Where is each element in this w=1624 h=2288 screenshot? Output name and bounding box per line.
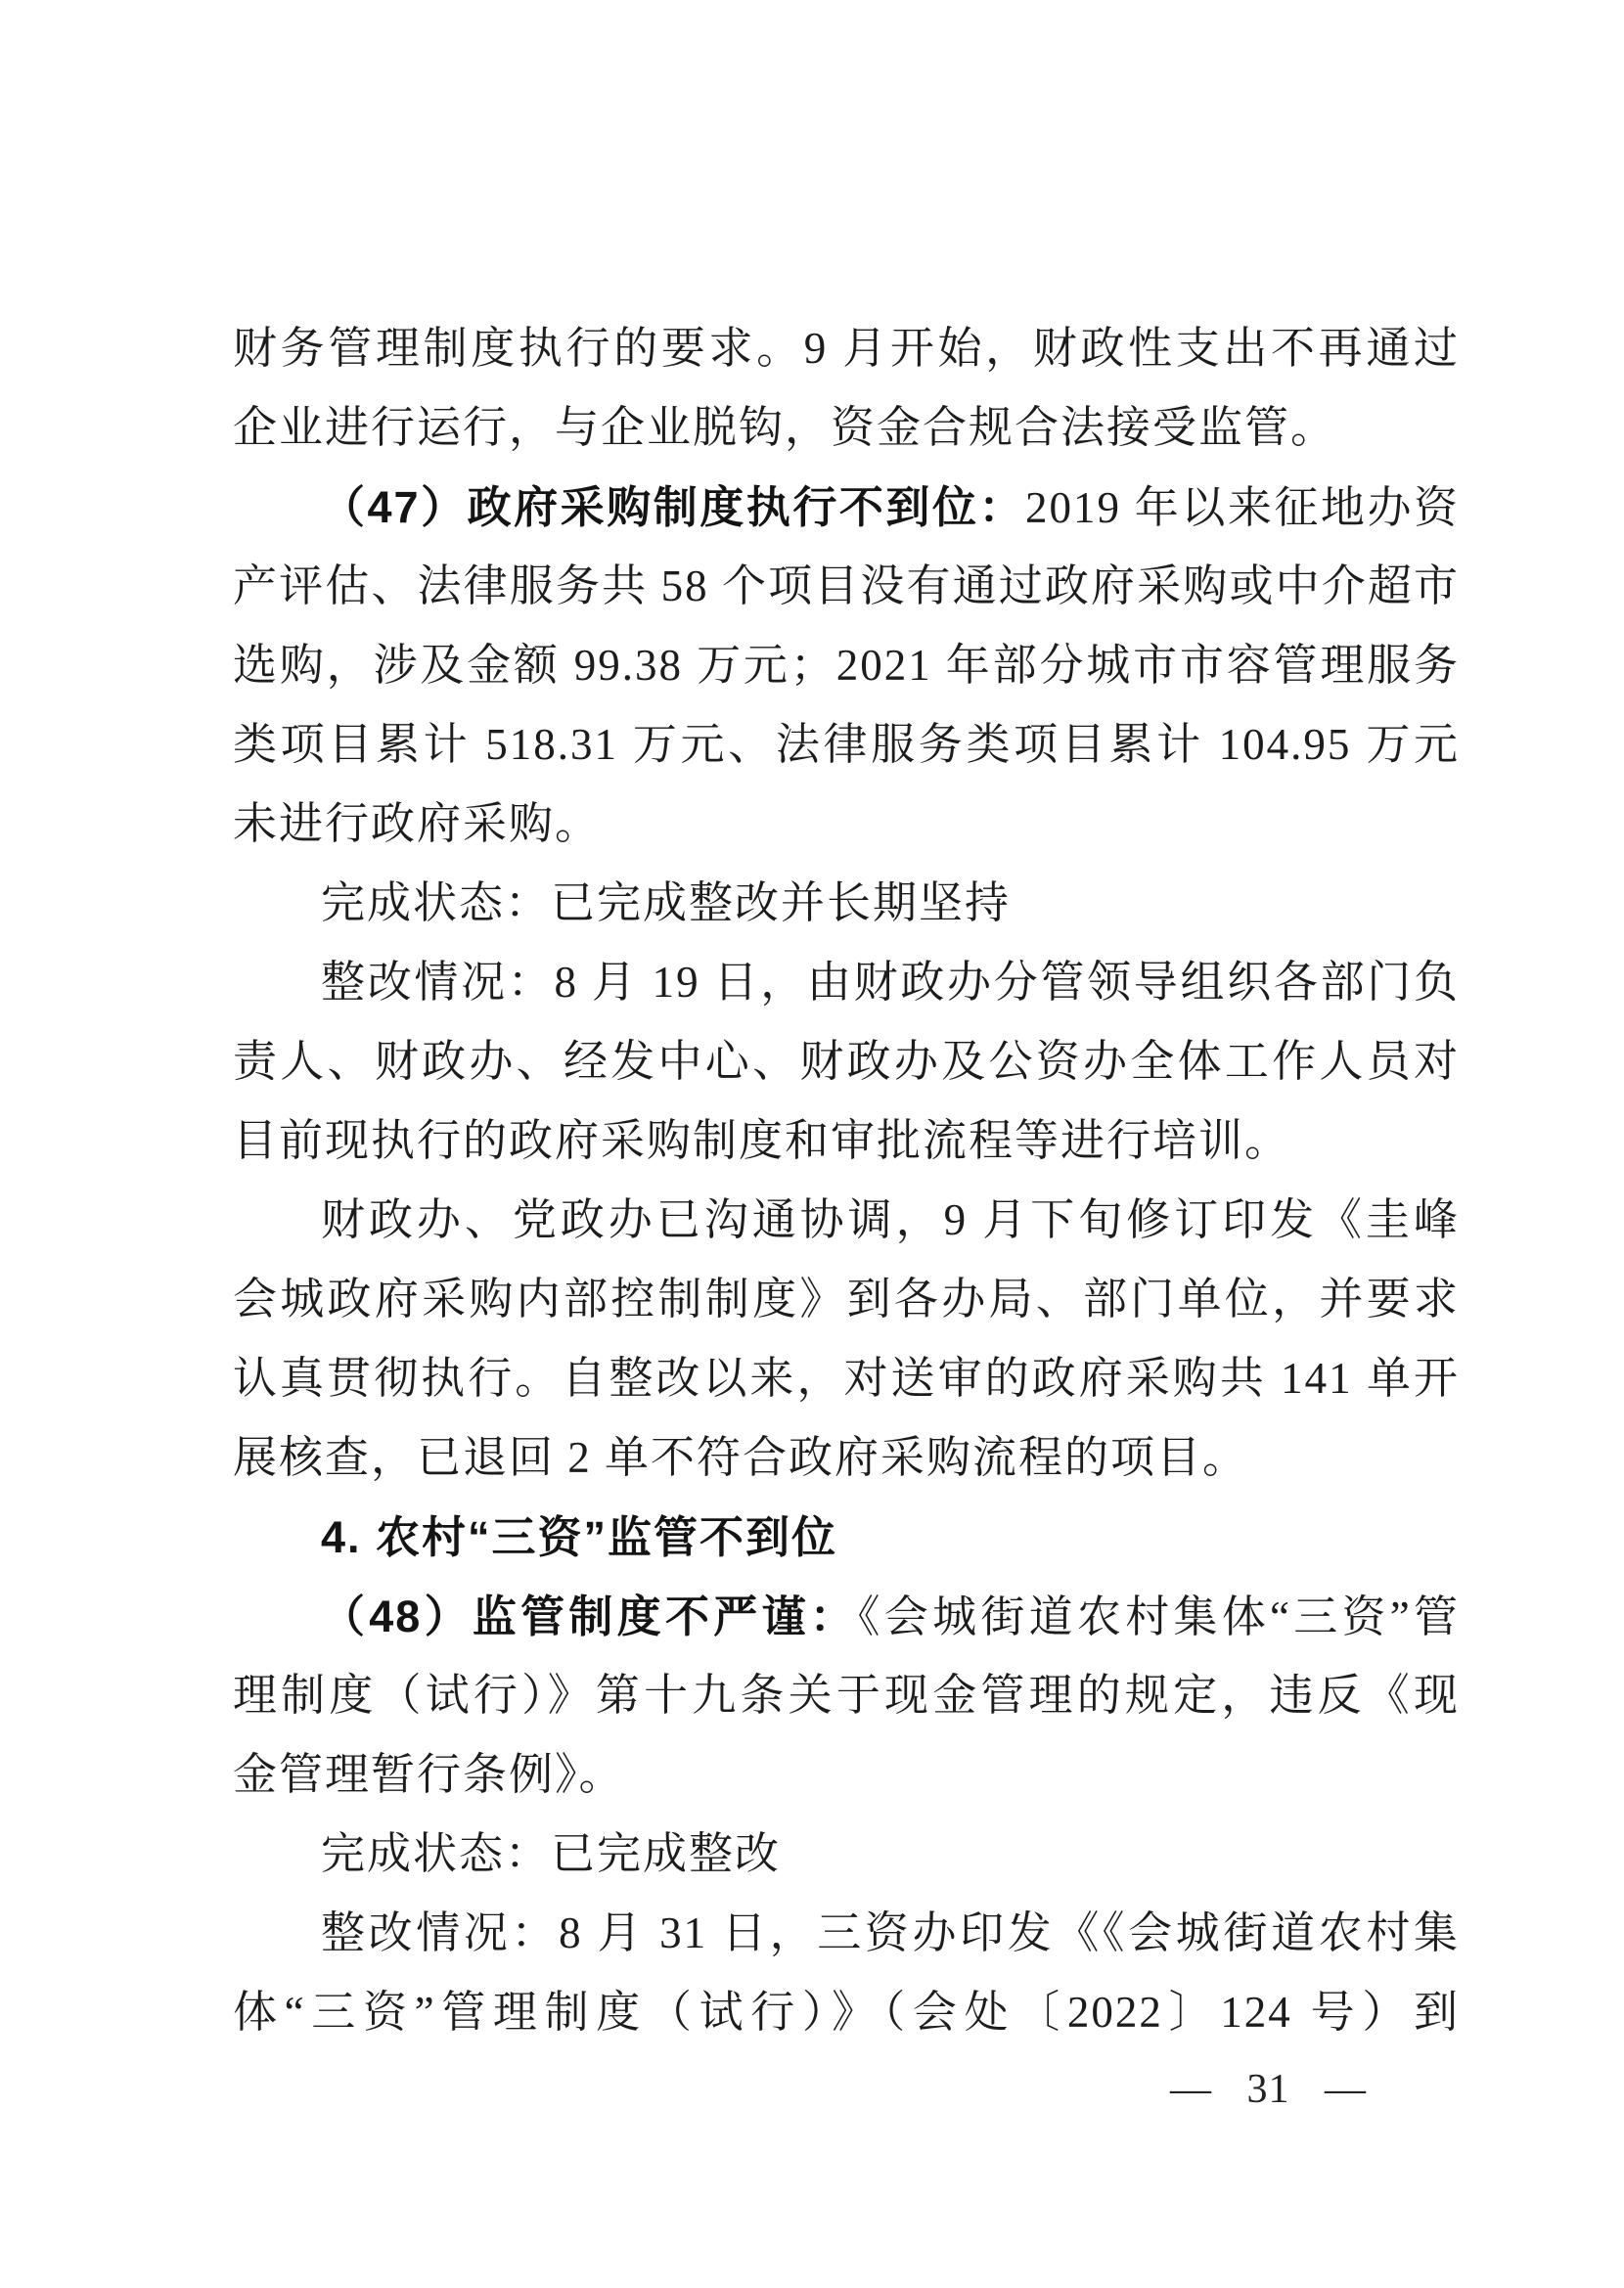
text-segment: 财政办、党政办已沟通协调，9 月下旬修订印发《圭峰 [321,1195,1460,1244]
text-line: 认真贯彻执行。自整改以来，对送审的政府采购共 141 单开 [233,1339,1460,1418]
text-segment: 产评估、法律服务共 58 个项目没有通过政府采购或中介超市 [233,561,1460,610]
text-line: 整改情况：8 月 31 日，三资办印发《《会城街道农村集 [233,1894,1460,1973]
text-segment: 理制度（试行）》第十九条关于现金管理的规定，违反《现 [233,1671,1460,1720]
text-line: （48）监管制度不严谨：《会城街道农村集体“三资”管 [233,1577,1460,1656]
bold-text-segment: （47）政府采购制度执行不到位： [321,482,1025,532]
text-segment: 类项目累计 518.31 万元、法律服务类项目累计 104.95 万元 [233,720,1460,769]
text-line: 未进行政府采购。 [233,785,1460,864]
text-segment: 会城政府采购内部控制制度》到各办局、部门单位，并要求 [233,1275,1460,1323]
text-segment: 选购，涉及金额 99.38 万元；2021 年部分城市市容管理服务 [233,641,1460,690]
text-line: 体“三资”管理制度（试行）》（会处〔2022〕124 号）到 [233,1973,1460,2052]
text-segment: 整改情况：8 月 31 日，三资办印发《《会城街道农村集 [321,1908,1460,1957]
text-line: 责人、财政办、经发中心、财政办及公资办全体工作人员对 [233,1022,1460,1101]
text-line: 完成状态：已完成整改 [233,1815,1460,1894]
text-lines: 财务管理制度执行的要求。9 月开始，财政性支出不再通过企业进行运行，与企业脱钩，… [233,309,1460,2052]
text-segment: 展核查，已退回 2 单不符合政府采购流程的项目。 [233,1433,1248,1482]
text-line: 财务管理制度执行的要求。9 月开始，财政性支出不再通过 [233,309,1460,388]
document-body: 财务管理制度执行的要求。9 月开始，财政性支出不再通过企业进行运行，与企业脱钩，… [233,309,1460,2052]
text-line: 选购，涉及金额 99.38 万元；2021 年部分城市市容管理服务 [233,626,1460,705]
page-number: — 31 — [1170,2066,1367,2113]
text-line: （47）政府采购制度执行不到位：2019 年以来征地办资 [233,468,1460,547]
text-segment: 整改情况：8 月 19 日，由财政办分管领导组织各部门负 [321,958,1460,1007]
text-segment: 财务管理制度执行的要求。9 月开始，财政性支出不再通过 [233,324,1460,373]
text-segment: 责人、财政办、经发中心、财政办及公资办全体工作人员对 [233,1037,1460,1086]
text-line: 会城政府采购内部控制制度》到各办局、部门单位，并要求 [233,1260,1460,1339]
text-segment: 2019 年以来征地办资 [1025,483,1460,532]
text-segment: 金管理暂行条例》。 [233,1750,625,1799]
bold-text-segment: 4. 农村“三资”监管不到位 [321,1512,837,1562]
bold-text-segment: （48）监管制度不严谨： [321,1592,858,1641]
text-segment: 认真贯彻执行。自整改以来，对送审的政府采购共 141 单开 [233,1354,1460,1403]
text-segment: 未进行政府采购。 [233,799,601,848]
text-line: 金管理暂行条例》。 [233,1735,1460,1815]
text-line: 完成状态：已完成整改并长期坚持 [233,864,1460,943]
text-segment: 完成状态：已完成整改并长期坚持 [321,878,1011,927]
text-line: 整改情况：8 月 19 日，由财政办分管领导组织各部门负 [233,943,1460,1022]
text-line: 4. 农村“三资”监管不到位 [233,1498,1460,1577]
text-segment: 完成状态：已完成整改 [321,1829,781,1878]
text-segment: 企业进行运行，与企业脱钩，资金合规合法接受监管。 [233,403,1336,452]
text-line: 企业进行运行，与企业脱钩，资金合规合法接受监管。 [233,388,1460,468]
text-segment: 体“三资”管理制度（试行）》（会处〔2022〕124 号）到 [233,1988,1460,2037]
text-line: 财政办、党政办已沟通协调，9 月下旬修订印发《圭峰 [233,1181,1460,1260]
text-line: 理制度（试行）》第十九条关于现金管理的规定，违反《现 [233,1656,1460,1735]
text-line: 类项目累计 518.31 万元、法律服务类项目累计 104.95 万元 [233,705,1460,785]
text-line: 产评估、法律服务共 58 个项目没有通过政府采购或中介超市 [233,547,1460,626]
text-segment: 《会城街道农村集体“三资”管 [858,1593,1460,1641]
document-page: 财务管理制度执行的要求。9 月开始，财政性支出不再通过企业进行运行，与企业脱钩，… [0,0,1624,2288]
text-line: 展核查，已退回 2 单不符合政府采购流程的项目。 [233,1418,1460,1498]
text-line: 目前现执行的政府采购制度和审批流程等进行培训。 [233,1101,1460,1181]
text-segment: 目前现执行的政府采购制度和审批流程等进行培训。 [233,1116,1290,1165]
